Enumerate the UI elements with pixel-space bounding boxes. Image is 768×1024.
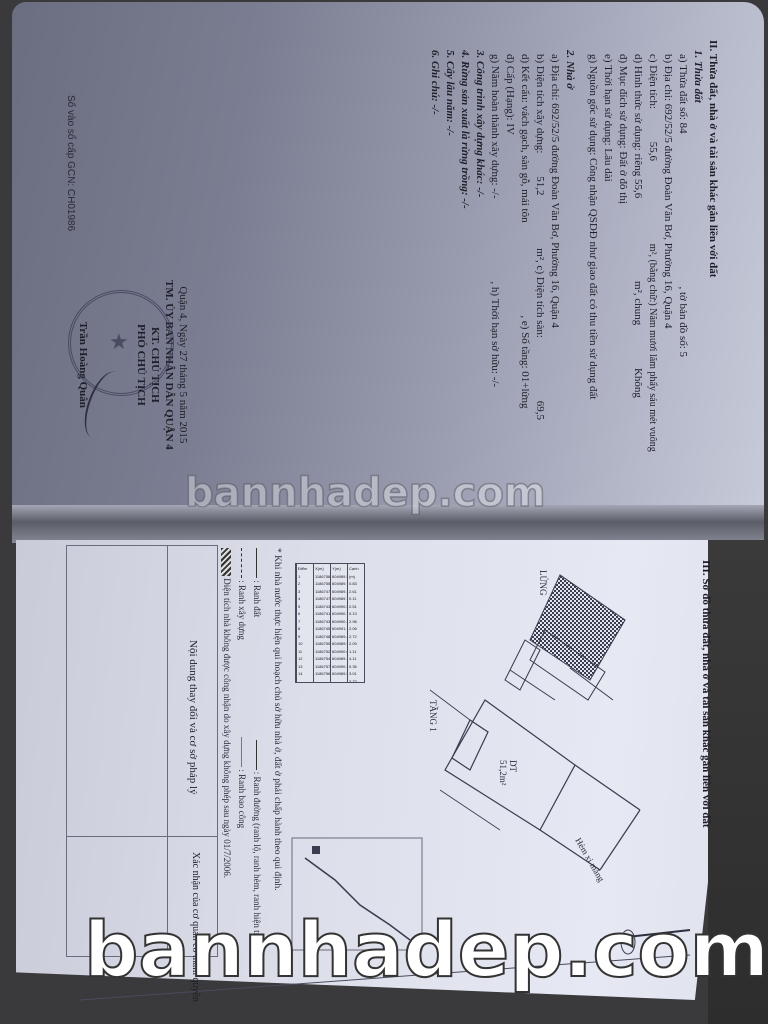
- hatched-area-icon: [221, 548, 231, 576]
- ground-floor-label: TẦNG 1: [428, 700, 438, 732]
- area-value: 51,2m²: [498, 760, 508, 786]
- coord-col-0: Điểm1234567891011121314: [296, 564, 313, 682]
- coord-col-1: X(m)1186756.381186755.171186747.02118674…: [313, 564, 330, 682]
- dashed-line-icon: [241, 548, 242, 578]
- area-label: DT: [508, 760, 518, 772]
- thin-line-icon: [256, 740, 257, 770]
- legend-land-boundary: : Ranh đất: [252, 580, 262, 617]
- watermark-middle: bannhadep.com: [185, 470, 546, 516]
- legend-building-boundary: : Ranh xây dựng: [237, 580, 247, 640]
- legend-row-1: : Ranh đất : Ranh đường (ranh lộ, ranh h…: [252, 548, 262, 952]
- changes-col1-header: Nội dung thay đổi và cơ sở pháp lý: [185, 640, 200, 795]
- coord-col-3: Cạnh (m)0.832.610.112.510.132.982.062.72…: [347, 564, 364, 682]
- alley-label: Hẻm xi măng: [573, 836, 606, 884]
- legend-unrecognized-area: Diện tích nhà không được công nhận do xâ…: [222, 578, 232, 878]
- thin-gray-line-icon: [241, 737, 242, 767]
- planning-note: * Khi nhà nước thực hiện qui hoạch chủ s…: [272, 548, 282, 891]
- legend-row-3: Diện tích nhà không được công nhận do xâ…: [221, 548, 232, 878]
- mezzanine-label: LỬNG: [538, 570, 548, 596]
- coord-col-2: Y(m)604989.52604989.77604989.38604989.77…: [330, 564, 347, 682]
- solid-line-icon: [256, 548, 257, 578]
- legend-row-2: : Ranh xây dựng : Ranh bao công: [237, 548, 247, 828]
- mezzanine-plan: [505, 575, 625, 700]
- watermark-bottom: bannhadep.com: [84, 905, 768, 994]
- ground-floor-plan: [430, 690, 640, 870]
- coordinate-table: Điểm1234567891011121314X(m)1186756.38118…: [295, 563, 365, 683]
- legend-wall-boundary: : Ranh bao công: [237, 769, 247, 828]
